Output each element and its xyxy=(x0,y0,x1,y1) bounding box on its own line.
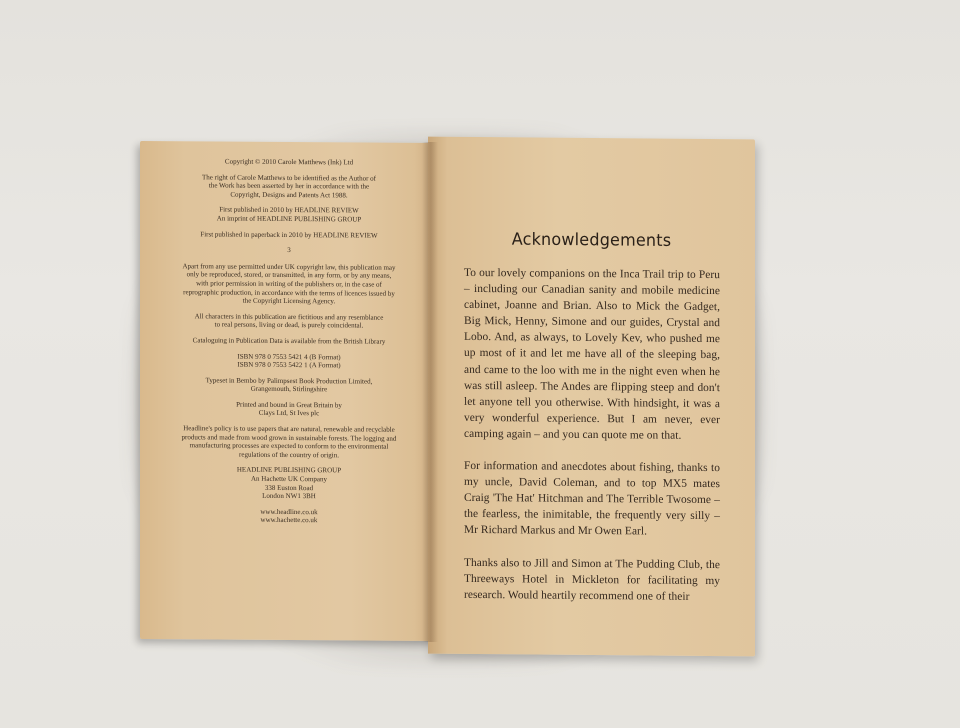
copyright-block: Copyright © 2010 Carole Matthews (Ink) L… xyxy=(158,157,420,533)
acknowledgements-body: To our lovely companions on the Inca Tra… xyxy=(464,265,720,621)
acknowledgements-title: Acknowledgements xyxy=(428,228,755,251)
websites: www.headline.co.uk www.hachette.co.uk xyxy=(158,507,420,526)
paper-policy: Headline's policy is to use papers that … xyxy=(158,424,420,460)
copyright-line: Copyright © 2010 Carole Matthews (Ink) L… xyxy=(158,157,420,167)
printed-notice: Printed and bound in Great Britain by Cl… xyxy=(158,400,420,419)
ack-paragraph: Thanks also to Jill and Simon at The Pud… xyxy=(464,554,720,605)
ack-paragraph: To our lovely companions on the Inca Tra… xyxy=(464,265,720,444)
typeset-notice: Typeset in Bembo by Palimpsest Book Prod… xyxy=(158,376,420,395)
paperback-notice: First published in paperback in 2010 by … xyxy=(158,230,420,240)
cataloguing-notice: Cataloguing in Publication Data is avail… xyxy=(158,336,420,346)
book-gutter xyxy=(422,142,438,642)
right-page-acknowledgements: Acknowledgements To our lovely companion… xyxy=(428,137,755,657)
isbn-block: ISBN 978 0 7553 5421 4 (B Format) ISBN 9… xyxy=(158,352,420,371)
printing-number: 3 xyxy=(158,245,420,255)
fiction-disclaimer: All characters in this publication are f… xyxy=(158,312,420,331)
moral-right-notice: The right of Carole Matthews to be ident… xyxy=(158,173,420,201)
rights-notice: Apart from any use permitted under UK co… xyxy=(158,262,420,307)
publisher-address: HEADLINE PUBLISHING GROUP An Hachette UK… xyxy=(158,466,420,502)
left-page-copyright: Copyright © 2010 Carole Matthews (Ink) L… xyxy=(140,141,438,641)
first-published-notice: First published in 2010 by HEADLINE REVI… xyxy=(158,205,420,224)
ack-paragraph: For information and anecdotes about fish… xyxy=(464,458,720,541)
